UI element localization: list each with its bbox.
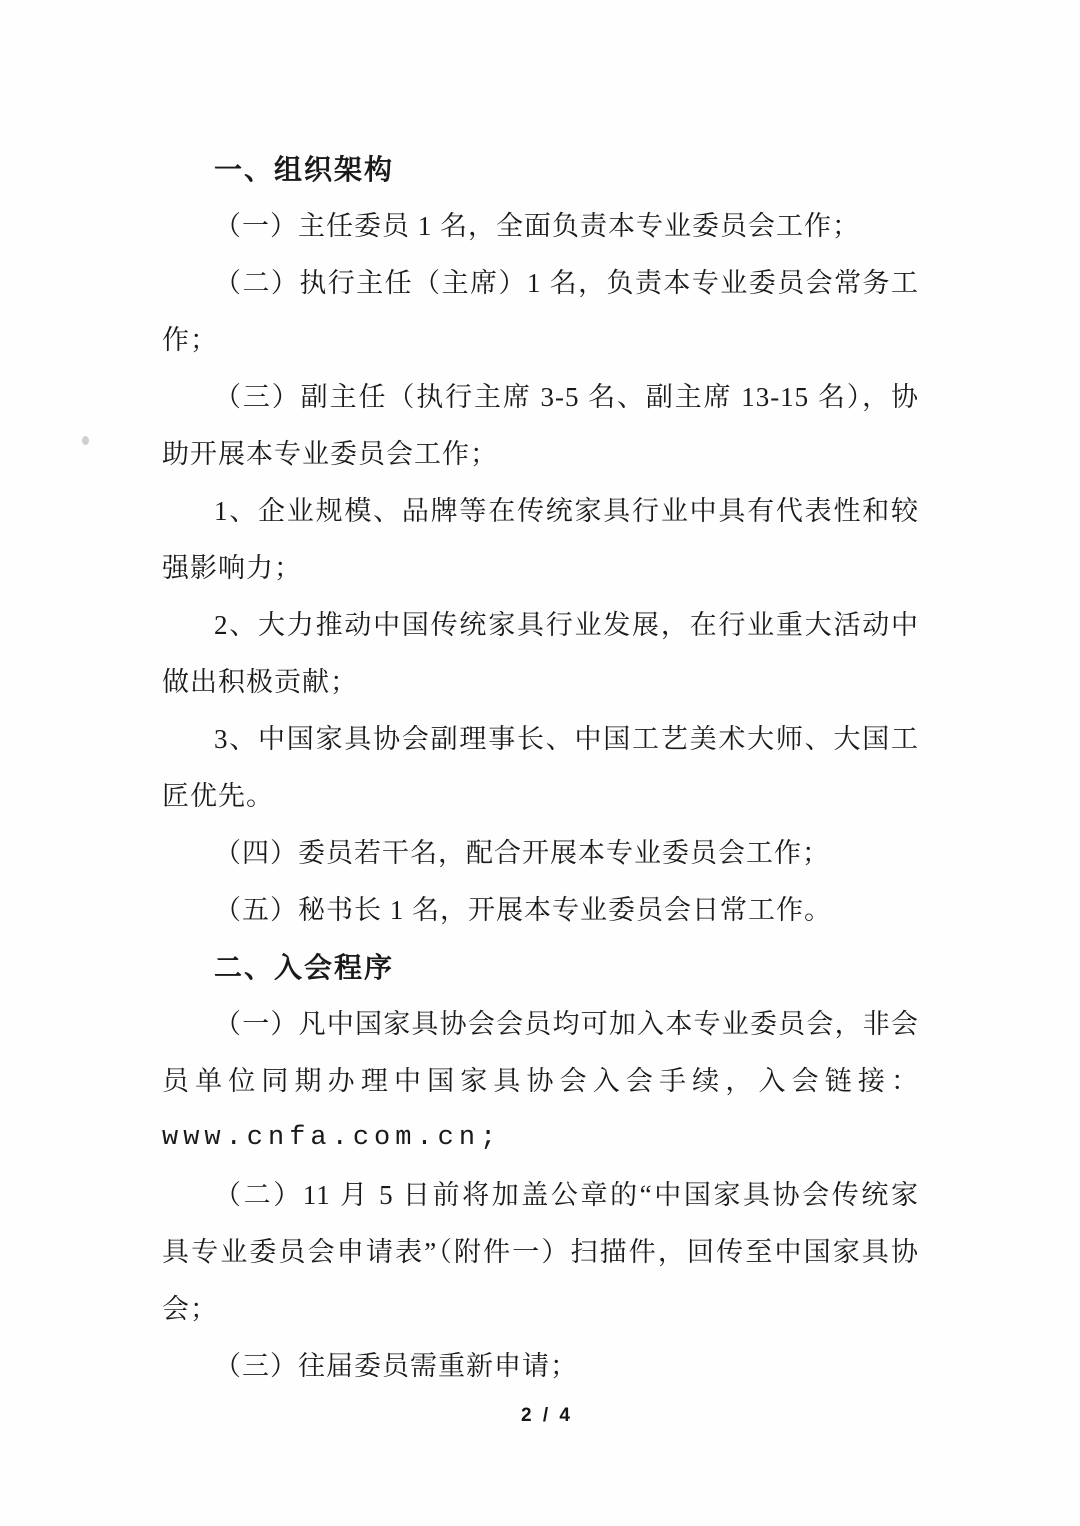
- section-heading-line: 二、入会程序: [162, 939, 919, 996]
- text-line: 会；: [162, 1281, 919, 1338]
- text-line: （一）凡中国家具协会会员均可加入本专业委员会，非会: [162, 996, 919, 1053]
- text-line: （一）主任委员 1 名，全面负责本专业委员会工作；: [162, 198, 919, 255]
- text-line: 匠优先。: [162, 768, 919, 825]
- text-line: （四）委员若干名，配合开展本专业委员会工作；: [162, 825, 919, 882]
- text-line: （五）秘书长 1 名，开展本专业委员会日常工作。: [162, 882, 919, 939]
- text-line: （二）执行主任（主席）1 名，负责本专业委员会常务工: [162, 255, 919, 312]
- text-line: 具专业委员会申请表”（附件一）扫描件，回传至中国家具协: [162, 1224, 919, 1281]
- section-heading-line: 一、组织架构: [162, 141, 919, 198]
- text-line: （三）往届委员需重新申请；: [162, 1338, 919, 1395]
- page-number: 2 / 4: [7, 1403, 1080, 1429]
- scan-noise-smudge: [82, 436, 89, 445]
- text-line: 3、中国家具协会副理事长、中国工艺美术大师、大国工: [162, 711, 919, 768]
- text-line: 1、企业规模、品牌等在传统家具行业中具有代表性和较: [162, 483, 919, 540]
- text-line: 员单位同期办理中国家具协会入会手续，入会链接：: [162, 1053, 919, 1110]
- text-line: 强影响力；: [162, 540, 919, 597]
- text-line: 做出积极贡献；: [162, 654, 919, 711]
- text-line: 作；: [162, 312, 919, 369]
- text-line: 2、大力推动中国传统家具行业发展，在行业重大活动中: [162, 597, 919, 654]
- text-line: www.cnfa.com.cn;: [162, 1110, 919, 1167]
- document-body: 一、组织架构（一）主任委员 1 名，全面负责本专业委员会工作；（二）执行主任（主…: [162, 141, 919, 1395]
- document-page: 一、组织架构（一）主任委员 1 名，全面负责本专业委员会工作；（二）执行主任（主…: [0, 0, 1080, 1526]
- text-line: （三）副主任（执行主席 3-5 名、副主席 13-15 名），协: [162, 369, 919, 426]
- text-line: （二）11 月 5 日前将加盖公章的“中国家具协会传统家: [162, 1167, 919, 1224]
- text-line: 助开展本专业委员会工作；: [162, 426, 919, 483]
